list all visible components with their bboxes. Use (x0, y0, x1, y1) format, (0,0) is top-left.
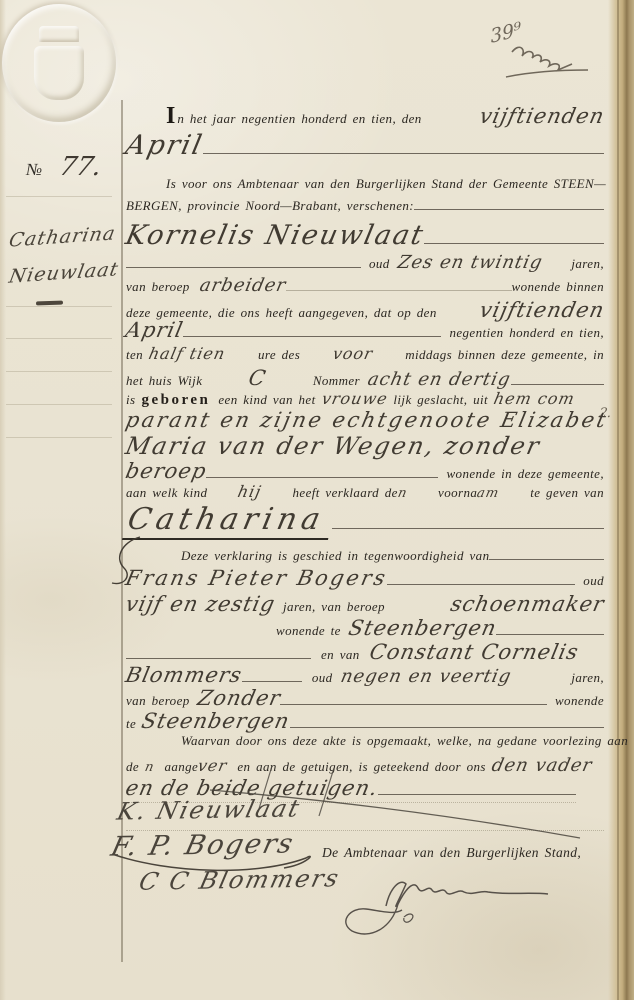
printed-text: jaren, van beroep (283, 599, 385, 615)
margin-ink-dash (36, 301, 63, 305)
blank-rule (126, 648, 311, 659)
handwritten-entry: Blommers (123, 663, 244, 687)
handwritten-entry: Kornelis Nieuwlaat (123, 220, 428, 251)
printed-text: wonende te (276, 623, 341, 639)
margin-column: № 77. Catharina Nieuwlaat (0, 0, 120, 1000)
line-month: April (126, 130, 604, 161)
printed-text: heeft verklaard de (293, 485, 398, 501)
signature-witness2: C C Blommers (136, 864, 343, 895)
line-witness1-residence: wonende te Steenbergen (126, 616, 604, 640)
printed-text: is (126, 392, 135, 408)
registrar-signature-mark (404, 914, 413, 922)
handwritten-entry: Steenbergen (346, 616, 499, 640)
printed-text: negentien honderd en tien, (449, 325, 604, 341)
line-opening-year: I n het jaar negentien honderd en tien, … (126, 104, 604, 128)
printed-text: n het jaar negentien honderd en tien, de… (177, 111, 421, 127)
handwritten-entry: Zes en twintig (395, 252, 544, 273)
signature-father: K. Nieuwlaat (114, 794, 303, 825)
handwritten-entry: hij (236, 482, 263, 501)
line-birth-house: het huis Wijk C Nommer acht en dertig (126, 366, 604, 390)
blank-rule (290, 717, 604, 728)
drop-initial: I (166, 109, 175, 123)
handwritten-entry: ver (196, 756, 229, 775)
blank-rule (242, 671, 302, 682)
printed-text: van beroep (126, 693, 190, 709)
line-mother-occupation: beroep wonende in deze gemeente, (126, 459, 604, 483)
printed-text: jaren, (571, 670, 604, 686)
margin-rule-line (6, 338, 112, 339)
printed-text: aan welk kind (126, 485, 207, 501)
blank-rule (414, 199, 604, 210)
act-number-row: № 77. (26, 152, 101, 182)
handwritten-entry: April (123, 318, 185, 342)
handwritten-entry: n (143, 760, 156, 775)
printed-text: aange (164, 759, 198, 775)
printed-text: Deze verklaring is geschied in tegenwoor… (181, 548, 489, 564)
printed-text: middags binnen deze gemeente, in (405, 347, 604, 363)
line-child-name: Catharina (126, 502, 604, 540)
line-witness-intro: Deze verklaring is geschied in tegenwoor… (126, 548, 604, 564)
handwritten-entry: arbeider (197, 275, 288, 296)
printed-text: ure des (258, 347, 300, 363)
signature-witness1: F. P. Bogers (108, 828, 298, 862)
printed-text: Is voor ons Ambtenaar van den Burgerlijk… (166, 176, 606, 192)
line-registrar-intro-2: BERGEN, provincie Noord—Brabant, versche… (126, 198, 604, 214)
line-birth-time: ten half tien ure des voor middags binne… (126, 344, 604, 363)
blank-rule (206, 467, 438, 478)
line-declarant-age: oud Zes en twintig jaren, (126, 252, 604, 273)
act-number: 77. (57, 152, 105, 182)
printed-text: lijk geslacht, uit (393, 392, 488, 408)
corner-annotation: 39⁹ (484, 18, 604, 88)
handwritten-entry: parant en zijne echtgenoote Elizabet (123, 408, 610, 432)
blank-rule (126, 257, 361, 268)
handwritten-entry: vijftienden (477, 104, 606, 128)
line-witness2-age: Blommers oud negen en veertig jaren, (126, 663, 604, 687)
blank-rule (496, 624, 604, 635)
printed-text: oud (369, 256, 390, 272)
blank-rule (424, 233, 604, 244)
numero-label: № (26, 160, 42, 179)
margin-rule-line (6, 306, 112, 307)
line-report-year: April negentien honderd en tien, (126, 318, 604, 342)
handwritten-entry: vijf en zestig (123, 592, 277, 616)
page-binding-edge (608, 0, 634, 1000)
margin-rule-line (6, 371, 112, 372)
handwritten-entry: vrouwe (320, 389, 390, 408)
line-witness2-residence: te Steenbergen (126, 709, 604, 733)
handwritten-entry: n (396, 486, 409, 501)
printed-text: en van (321, 647, 360, 663)
line-witness1-name: Frans Pieter Bogers oud (126, 566, 604, 590)
line-child-naming: aan welk kind hij heeft verklaard de n v… (126, 482, 604, 501)
line-child-sex: is geboren een kind van het vrouwe lijk … (126, 389, 604, 409)
line-mother-1: parant en zijne echtgenoote Elizabet (126, 408, 604, 432)
printed-text: jaren, (571, 256, 604, 272)
handwritten-entry: Steenbergen (140, 709, 293, 733)
blank-rule (378, 784, 576, 795)
line-closing-1: Waarvan door ons deze akte is opgemaakt,… (126, 733, 604, 749)
printed-text: BERGEN, provincie Noord—Brabant, versche… (126, 198, 414, 214)
handwritten-entry: hem com (492, 389, 577, 408)
line-declarant-occupation: van beroep arbeider wonende binnen (126, 275, 604, 296)
blank-rule (332, 518, 604, 529)
printed-text: te (126, 716, 136, 732)
margin-rule-line (6, 404, 112, 405)
margin-child-last-name: Nieuwlaat (7, 258, 120, 287)
printed-text: Nommer (313, 373, 360, 389)
handwritten-entry: Zonder (195, 686, 283, 710)
blank-rule (183, 326, 441, 337)
printed-text: van beroep (126, 279, 190, 295)
printed-text: te geven van (530, 485, 604, 501)
blank-rule (489, 549, 604, 560)
registrar-label: De Ambtenaar van den Burgerlijken Stand, (322, 845, 581, 861)
printed-text: de (126, 759, 139, 775)
line-witness2-name-intro: en van Constant Cornelis (126, 640, 604, 664)
registrar-signature-loop (346, 904, 402, 934)
printed-text-bold: geboren (141, 392, 210, 409)
handwritten-entry: half tien (147, 344, 227, 363)
handwritten-entry: beroep (123, 459, 209, 483)
registrar-signature (386, 882, 548, 906)
printed-text: wonende binnen (512, 279, 604, 295)
printed-text: een kind van het (218, 392, 315, 408)
line-mother-2: Maria van der Wegen, zonder (126, 432, 604, 460)
printed-text: en aan de getuigen, is geteekend door on… (237, 759, 485, 775)
handwritten-entry: Maria van der Wegen, zonder (123, 432, 543, 460)
handwritten-entry: C (246, 366, 268, 390)
handwritten-entry: den vader (490, 755, 595, 776)
child-given-name: Catharina (122, 502, 336, 540)
handwritten-entry: am (476, 486, 501, 501)
birth-certificate-page: 39⁹ 2. № 77. Catharina Nieuwlaat I n het… (0, 0, 634, 1000)
line-declarant-name: Kornelis Nieuwlaat (126, 220, 604, 251)
printed-text: het huis Wijk (126, 373, 202, 389)
blank-rule (387, 574, 575, 585)
blank-rule (286, 280, 512, 291)
printed-text: wonende (555, 693, 604, 709)
printed-text: oud (312, 670, 333, 686)
handwritten-entry: voor (331, 344, 375, 363)
handwritten-entry: acht en dertig (366, 369, 513, 390)
handwritten-entry: negen en veertig (338, 666, 513, 687)
margin-child-first-name: Catharina (7, 222, 117, 251)
line-witness1-age-occupation: vijf en zestig jaren, van beroep schoenm… (126, 592, 604, 616)
margin-rule-line (6, 437, 112, 438)
line-registrar-intro-1: Is voor ons Ambtenaar van den Burgerlijk… (126, 176, 604, 192)
printed-text: oud (583, 573, 604, 589)
corner-number: 39⁹ (489, 18, 522, 48)
handwritten-entry: April (123, 130, 207, 161)
line-closing-2: de n aange ver en aan de getuigen, is ge… (126, 755, 604, 776)
printed-text: Waarvan door ons deze akte is opgemaakt,… (181, 733, 628, 749)
blank-rule (511, 374, 604, 385)
handwritten-entry: Constant Cornelis (367, 640, 581, 664)
blank-rule (203, 143, 604, 154)
printed-text: ten (126, 347, 143, 363)
line-witness2-occupation: van beroep Zonder wonende (126, 686, 604, 710)
printed-text: voorna (438, 485, 477, 501)
margin-rule-line (6, 196, 112, 197)
handwritten-entry: schoenmaker (448, 592, 606, 616)
blank-rule (280, 694, 547, 705)
handwritten-entry: Frans Pieter Bogers (123, 566, 389, 590)
printed-text: wonende in deze gemeente, (446, 466, 604, 482)
